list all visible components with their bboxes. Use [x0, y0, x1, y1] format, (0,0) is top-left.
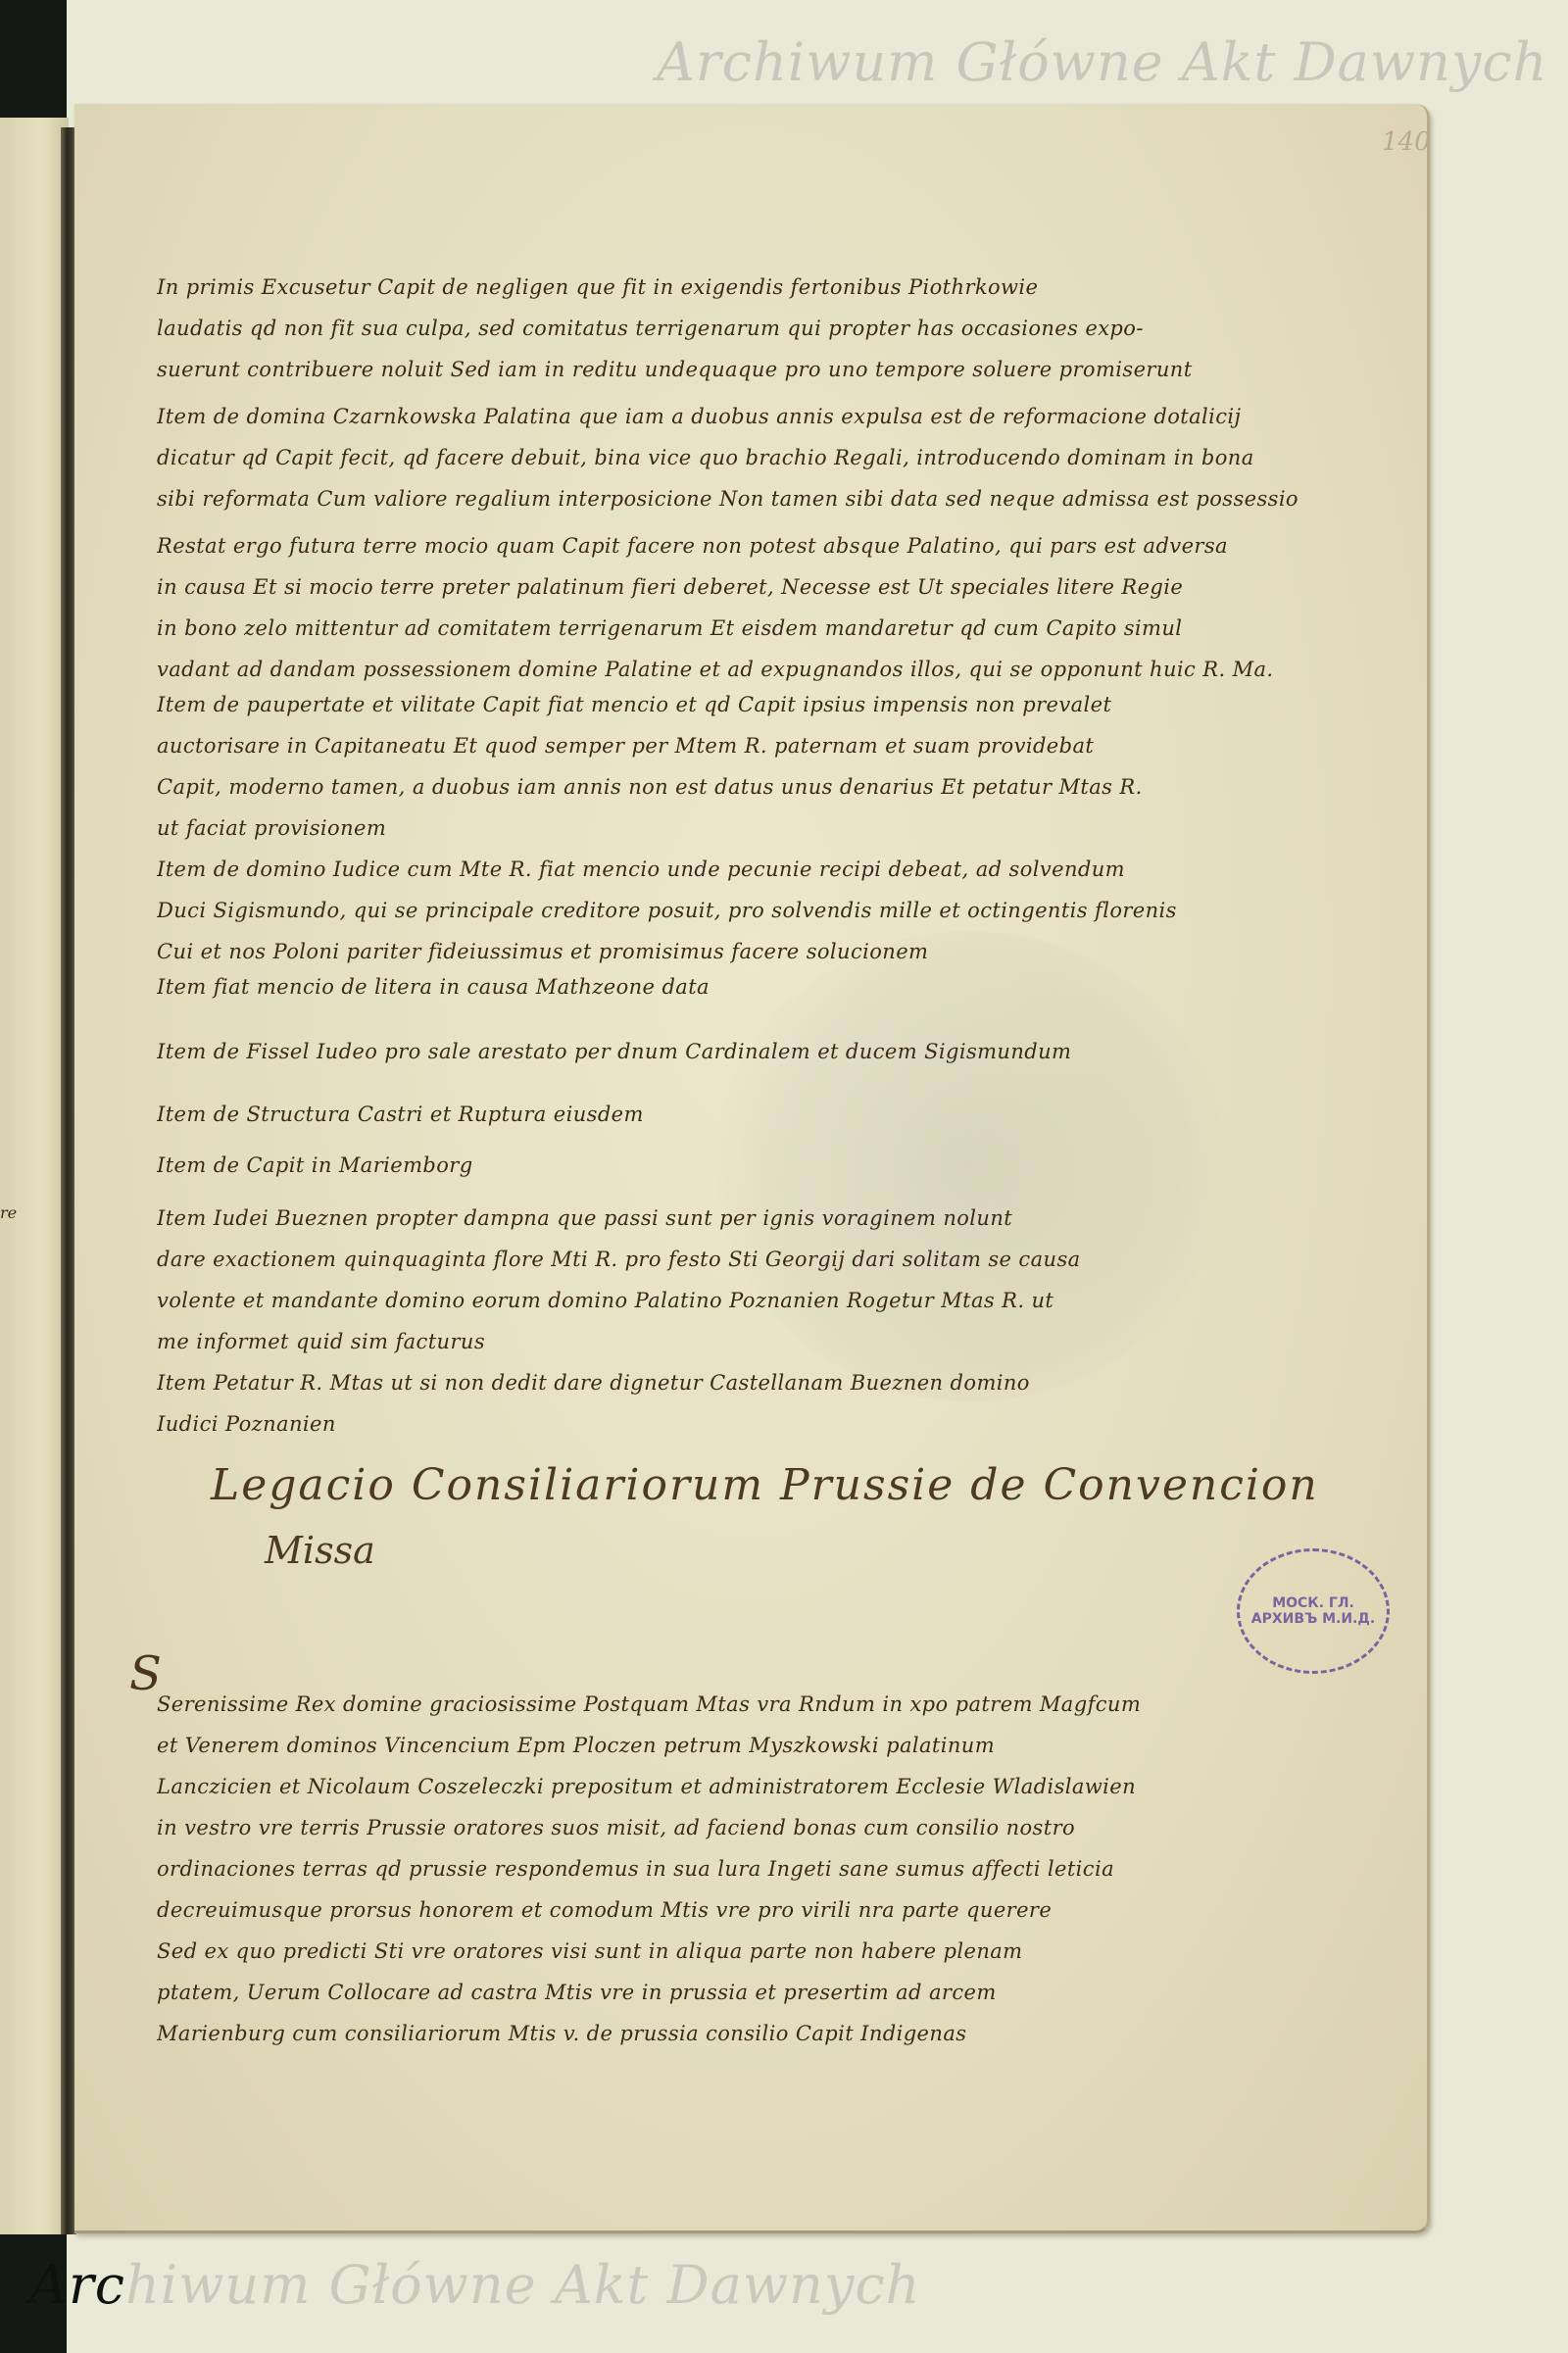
text-line: Item Petatur R. Mtas ut si non dedit dar…	[157, 1362, 1372, 1403]
text-line: decreuimusque prorsus honorem et comodum…	[157, 1889, 1372, 1931]
paragraph-9: Item de Capit in Mariemborg	[157, 1145, 1372, 1186]
text-line: me informet quid sim facturus	[157, 1321, 1372, 1362]
text-line: Item de domino Iudice cum Mte R. fiat me…	[157, 849, 1372, 890]
left-page-fragment: re	[0, 1203, 17, 1222]
watermark-dark-part: Arc	[29, 2254, 125, 2316]
text-line: Item fiat mencio de litera in causa Math…	[157, 966, 1372, 1007]
text-line: Marienburg cum consiliariorum Mtis v. de…	[157, 2013, 1372, 2054]
text-line: Duci Sigismundo, qui se principale credi…	[157, 890, 1372, 931]
text-line: laudatis qd non fit sua culpa, sed comit…	[157, 308, 1372, 349]
left-facing-page: re	[0, 118, 69, 2234]
text-line: ordinaciones terras qd prussie respondem…	[157, 1848, 1372, 1889]
text-line: suerunt contribuere noluit Sed iam in re…	[157, 349, 1372, 390]
text-line: dare exactionem quinquaginta flore Mti R…	[157, 1239, 1372, 1280]
text-line: in vestro vre terris Prussie oratores su…	[157, 1807, 1372, 1848]
watermark-light-part: hiwum Główne Akt Dawnych	[125, 2254, 920, 2316]
text-line: Capit, moderno tamen, a duobus iam annis…	[157, 766, 1372, 808]
paragraph-10: Item Iudei Bueznen propter dampna que pa…	[157, 1198, 1372, 1362]
section-heading: Legacio Consiliariorum Prussie de Conven…	[211, 1460, 1319, 1510]
text-line: Item de Capit in Mariemborg	[157, 1145, 1372, 1186]
paragraph-5: Item de domino Iudice cum Mte R. fiat me…	[157, 849, 1372, 972]
paragraph-6: Item fiat mencio de litera in causa Math…	[157, 966, 1372, 1007]
text-line: ptatem, Uerum Collocare ad castra Mtis v…	[157, 1972, 1372, 2013]
stamp-text: МОСК. ГЛ. АРХИВЪ М.И.Д.	[1240, 1595, 1387, 1627]
text-line: ut faciat provisionem	[157, 808, 1372, 849]
paragraph-11: Item Petatur R. Mtas ut si non dedit dar…	[157, 1362, 1372, 1445]
text-line: Restat ergo futura terre mocio quam Capi…	[157, 525, 1372, 566]
text-line: in bono zelo mittentur ad comitatem terr…	[157, 608, 1372, 649]
text-line: Item de domina Czarnkowska Palatina que …	[157, 396, 1372, 437]
text-line: Iudici Poznanien	[157, 1403, 1372, 1445]
text-line: Sed ex quo predicti Sti vre oratores vis…	[157, 1931, 1372, 1972]
text-line: Item de Structura Castri et Ruptura eius…	[157, 1094, 1372, 1135]
text-line: Serenissime Rex domine graciosissime Pos…	[157, 1684, 1372, 1725]
paragraph-7: Item de Fissel Iudeo pro sale arestato p…	[157, 1031, 1372, 1072]
paragraph-3: Restat ergo futura terre mocio quam Capi…	[157, 525, 1372, 690]
archive-watermark-bottom: Archiwum Główne Akt Dawnych	[29, 2254, 920, 2316]
text-line: sibi reformata Cum valiore regalium inte…	[157, 478, 1372, 519]
text-line: Lanczicien et Nicolaum Coszeleczki prepo…	[157, 1766, 1372, 1807]
paragraph-4: Item de paupertate et vilitate Capit fia…	[157, 684, 1372, 849]
text-line: dicatur qd Capit fecit, qd facere debuit…	[157, 437, 1372, 478]
text-line: In primis Excusetur Capit de negligen qu…	[157, 267, 1372, 308]
archive-watermark-top: Archiwum Główne Akt Dawnych	[657, 31, 1547, 93]
text-line: et Venerem dominos Vincencium Epm Plocze…	[157, 1725, 1372, 1766]
text-line: auctorisare in Capitaneatu Et quod sempe…	[157, 725, 1372, 766]
paragraph-2: Item de domina Czarnkowska Palatina que …	[157, 396, 1372, 519]
folio-number: 140	[1382, 127, 1431, 157]
text-line: volente et mandante domino eorum domino …	[157, 1280, 1372, 1321]
text-line: Item de paupertate et vilitate Capit fia…	[157, 684, 1372, 725]
text-line: in causa Et si mocio terre preter palati…	[157, 566, 1372, 608]
moscow-archive-stamp: МОСК. ГЛ. АРХИВЪ М.И.Д.	[1237, 1548, 1390, 1674]
paragraph-8: Item de Structura Castri et Ruptura eius…	[157, 1094, 1372, 1135]
letter-text: Serenissime Rex domine graciosissime Pos…	[157, 1684, 1372, 2054]
paragraph-1: In primis Excusetur Capit de negligen qu…	[157, 267, 1372, 390]
text-line: Item Iudei Bueznen propter dampna que pa…	[157, 1198, 1372, 1239]
text-line: Item de Fissel Iudeo pro sale arestato p…	[157, 1031, 1372, 1072]
section-heading-continuation: Missa	[265, 1529, 375, 1572]
